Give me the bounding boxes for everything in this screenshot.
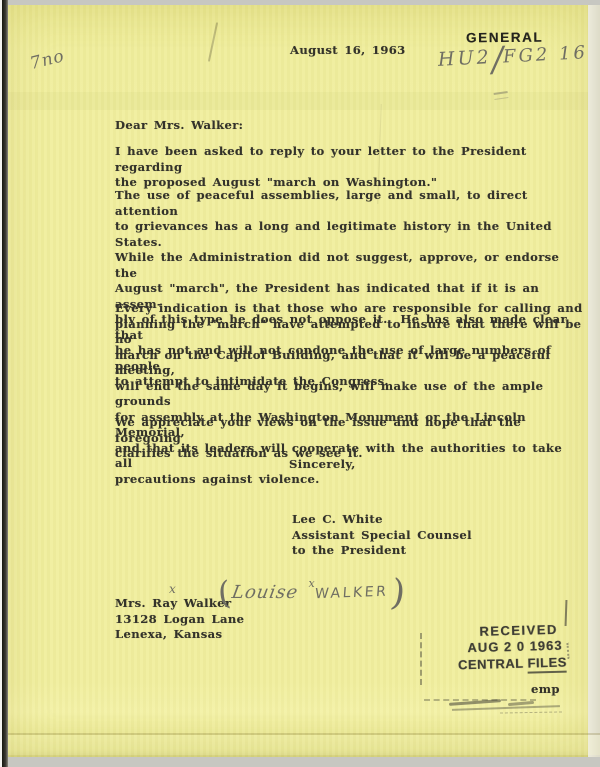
handwritten-x-mark: x bbox=[169, 583, 176, 595]
handwritten-name-annotation: ( Louise x WALKER ) bbox=[218, 576, 405, 612]
general-stamp: GENERAL bbox=[466, 31, 543, 46]
typist-initials: emp bbox=[531, 682, 560, 698]
fold-highlight bbox=[8, 735, 600, 755]
signature-block: Lee C. White Assistant Special Counsel t… bbox=[292, 512, 472, 559]
received-stamp: RECEIVED AUG 2 0 1963 CENTRAL FILES bbox=[451, 621, 572, 673]
pencil-mark-squiggle bbox=[560, 643, 569, 660]
scanned-letter-page: 7no August 16, 1963 GENERAL HU2/FG2 16 D… bbox=[0, 0, 600, 767]
stamp-border-dashes-left bbox=[420, 633, 424, 685]
handwriting-first-name: Louise bbox=[230, 580, 301, 606]
handwriting-x-mark: x bbox=[309, 578, 315, 589]
salutation: Dear Mrs. Walker: bbox=[115, 118, 243, 134]
letter-date: August 16, 1963 bbox=[290, 43, 406, 59]
closing: Sincerely, bbox=[289, 457, 356, 473]
received-stamp-central: CENTRAL bbox=[458, 656, 524, 673]
file-code-prefix: HU2 bbox=[437, 46, 492, 71]
paragraph-4: We appreciate your views on the issue an… bbox=[115, 415, 585, 462]
received-stamp-line3: CENTRAL FILES bbox=[452, 653, 572, 673]
underlying-sheet-edge bbox=[588, 5, 600, 757]
scan-edge-shadow bbox=[2, 0, 8, 767]
handwriting-close-paren: ) bbox=[389, 575, 408, 613]
paragraph-1: I have been asked to reply to your lette… bbox=[115, 144, 585, 191]
handwriting-last-name: WALKER bbox=[314, 581, 389, 606]
file-code-suffix: FG2 16 bbox=[503, 42, 589, 67]
